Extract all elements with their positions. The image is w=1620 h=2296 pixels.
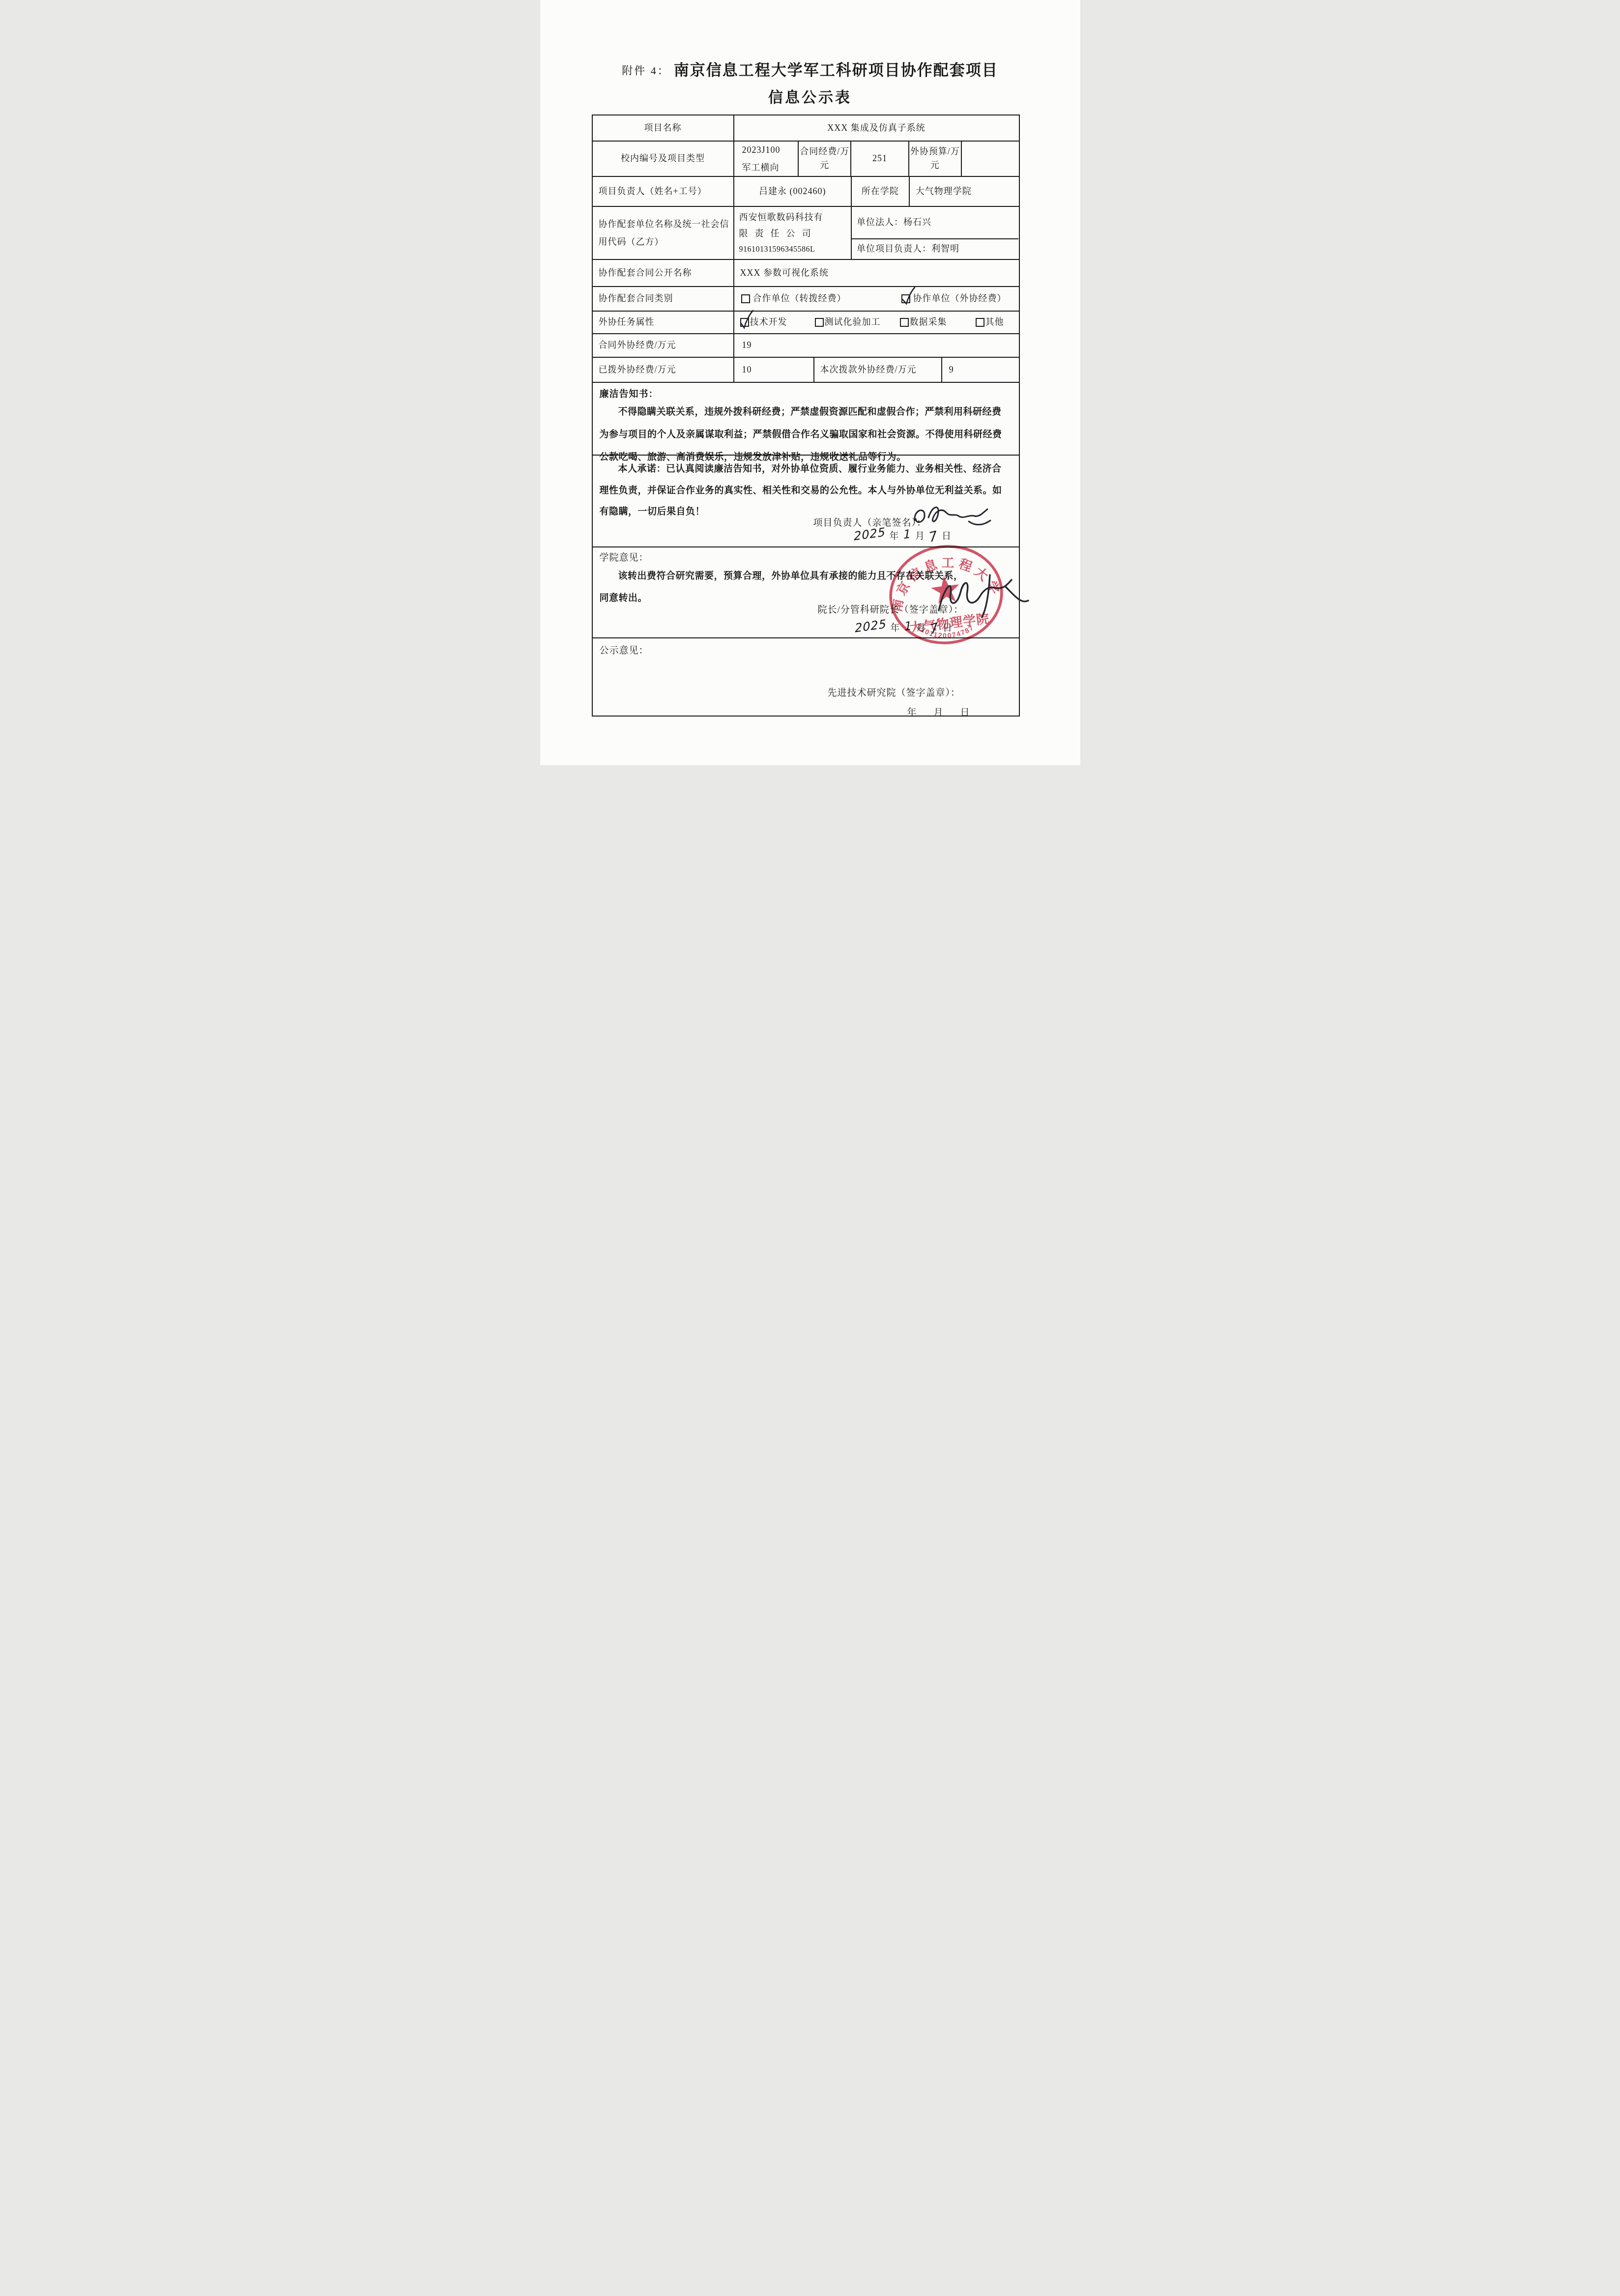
- current-payment-value: 9: [941, 358, 1019, 382]
- publicity-date-line: 年月日: [907, 705, 970, 718]
- current-payment-label: 本次拨款外协经费/万元: [813, 358, 941, 382]
- dean-signature: [932, 572, 1033, 620]
- handwritten-year: 2025: [853, 525, 885, 543]
- contract-public-name-label: 协作配套合同公开名称: [593, 260, 733, 286]
- partner-unit-value: 西安恒歌数码科技有 限责任公司 91610131596345586L: [733, 207, 851, 259]
- form-table: 项目名称 XXX 集成及仿真子系统 校内编号及项目类型 2023J100 军工横…: [592, 115, 1020, 717]
- pi-signature: [910, 502, 993, 534]
- row-project-name: 项目名称 XXX 集成及仿真子系统: [593, 115, 1019, 141]
- checkbox-unchecked: [900, 318, 909, 327]
- row-contract-outsourcing-fund: 合同外协经费/万元 19: [593, 333, 1019, 357]
- row-contract-type: 协作配套合同类别 合作单位（转拨经费） 协作单位（外协经费）: [593, 286, 1019, 311]
- contract-type-option-2: 协作单位（外协经费）: [901, 292, 1007, 306]
- partner-uscc: 91610131596345586L: [739, 242, 815, 257]
- project-leader-label: 项目负责人（姓名+工号）: [593, 177, 733, 206]
- task-attr-option-1: 技术开发: [740, 316, 787, 329]
- paid-fund-label: 已拨外协经费/万元: [593, 358, 733, 382]
- paid-fund-value: 10: [733, 358, 813, 382]
- row-task-attribute: 外协任务属性 技术开发 测试化验加工 数据采集: [593, 311, 1019, 333]
- handwritten-check-icon: [739, 311, 754, 329]
- checkbox-checked: [901, 294, 910, 303]
- task-attr-option-3: 数据采集: [900, 316, 947, 329]
- partner-contacts: 单位法人：杨石兴 单位项目负责人：利智明: [851, 207, 1019, 259]
- attachment-label: 附件 4：: [622, 64, 670, 77]
- internal-code-line2: 军工横向: [742, 159, 780, 176]
- partner-unit-label: 协作配套单位名称及统一社会信用代码（乙方）: [593, 207, 733, 259]
- row-paid-fund: 已拨外协经费/万元 10 本次拨款外协经费/万元 9: [593, 357, 1019, 382]
- row-partner-unit: 协作配套单位名称及统一社会信用代码（乙方） 西安恒歌数码科技有 限责任公司 91…: [593, 206, 1019, 259]
- row-publicity-opinion: 公示意见： 先进技术研究院（签字盖章）： 年月日: [593, 637, 1019, 716]
- outsourcing-budget-value: [961, 142, 1018, 176]
- publicity-sign-label: 先进技术研究院（签字盖章）：: [828, 686, 961, 699]
- title-block: 附件 4：南京信息工程大学军工科研项目协作配套项目 信息公示表: [540, 0, 1080, 107]
- row-project-leader: 项目负责人（姓名+工号） 吕建永 (002460) 所在学院 大气物理学院: [593, 176, 1019, 206]
- internal-code-value: 2023J100 军工横向: [733, 142, 798, 176]
- handwritten-check-icon: [900, 287, 915, 305]
- project-leader-value: 吕建永 (002460): [733, 177, 851, 206]
- task-attribute-label: 外协任务属性: [593, 312, 733, 333]
- integrity-notice-title: 廉洁告知书：: [600, 387, 1012, 400]
- contract-outsourcing-fund-label: 合同外协经费/万元: [593, 334, 733, 357]
- row-college-opinion: 学院意见： 该转出费符合研究需要，预算合理，外协单位具有承接的能力且不存在关联关…: [593, 546, 1019, 637]
- project-name-label: 项目名称: [593, 115, 733, 141]
- checkbox-unchecked: [815, 318, 824, 327]
- outsourcing-budget-label: 外协预算/万元: [908, 142, 961, 176]
- legal-person: 单位法人：杨石兴: [852, 207, 1019, 238]
- contract-type-label: 协作配套合同类别: [593, 287, 733, 311]
- contract-outsourcing-fund-value: 19: [733, 334, 1019, 357]
- contract-public-name-value: XXX 参数可视化系统: [733, 260, 1019, 286]
- row-integrity-notice: 廉洁告知书： 不得隐瞒关联关系，违规外拨科研经费；严禁虚假资源匹配和虚假合作；严…: [593, 382, 1019, 455]
- partner-project-leader: 单位项目负责人：利智明: [852, 238, 1019, 259]
- page-title-line2: 信息公示表: [540, 85, 1080, 107]
- page-title: 南京信息工程大学军工科研项目协作配套项目: [674, 61, 998, 79]
- checkbox-unchecked: [741, 294, 750, 303]
- partner-name-line2: 限责任公司: [739, 226, 818, 242]
- project-name-value: XXX 集成及仿真子系统: [733, 115, 1019, 141]
- checkbox-checked: [740, 318, 749, 327]
- college-value: 大气物理学院: [909, 177, 1019, 206]
- row-internal-code: 校内编号及项目类型 2023J100 军工横向 合同经费/万元 251 外协预算…: [593, 141, 1019, 176]
- row-contract-public-name: 协作配套合同公开名称 XXX 参数可视化系统: [593, 259, 1019, 286]
- partner-name-line1: 西安恒歌数码科技有: [739, 209, 823, 226]
- scanned-form-page: 附件 4：南京信息工程大学军工科研项目协作配套项目 信息公示表 项目名称 XXX…: [540, 0, 1080, 765]
- contract-type-option-1: 合作单位（转拨经费）: [741, 292, 846, 306]
- college-label: 所在学院: [851, 177, 909, 206]
- task-attr-option-4: 其他: [976, 316, 1004, 329]
- checkbox-unchecked: [976, 318, 984, 327]
- contract-fund-value: 251: [850, 142, 908, 176]
- row-commitment: 本人承诺：已认真阅读廉洁告知书，对外协单位资质、履行业务能力、业务相关性、经济合…: [593, 455, 1019, 546]
- internal-code-label: 校内编号及项目类型: [593, 142, 733, 176]
- internal-code-line1: 2023J100: [742, 141, 781, 159]
- contract-fund-label: 合同经费/万元: [798, 142, 850, 176]
- handwritten-year: 2025: [854, 617, 886, 635]
- task-attr-option-2: 测试化验加工: [815, 316, 881, 329]
